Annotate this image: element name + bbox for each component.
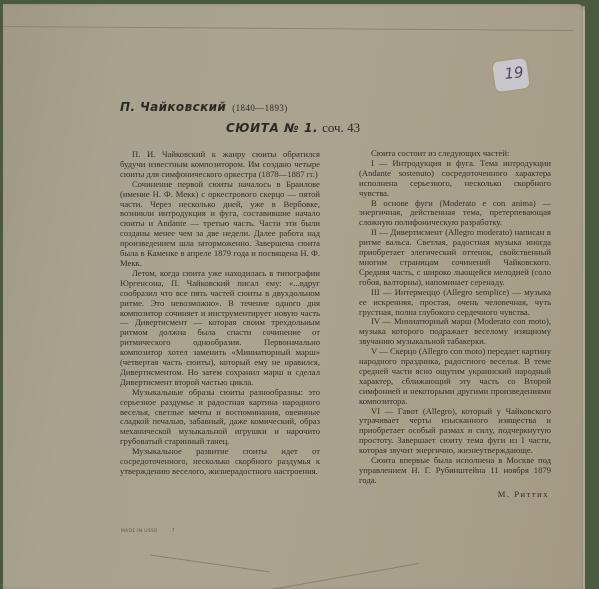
composer-name: П. Чайковский [120,100,226,114]
composer-heading: П. Чайковский(1840—1893) [120,100,288,114]
paragraph: II — Дивертисмент (Allegro moderato) нап… [359,228,551,287]
work-opus: соч. 43 [322,120,360,135]
paragraph: VI — Гавот (Allegro), который у Чайковск… [359,407,551,457]
paragraph: Сочинение первой сюиты началось в Браило… [120,180,320,269]
paragraph: П. И. Чайковский к жанру сюиты обратился… [120,150,320,180]
sleeve-edge [583,6,585,589]
paragraph: Летом, когда сюита уже находилась в типо… [120,269,320,388]
paragraph: Музыкальные образы сюиты разнообразны: э… [120,388,320,447]
paragraph: Музыкальное развитие сюиты идет от сосре… [120,447,320,477]
paragraph: III — Интермеццо (Allegro semplice) — му… [359,288,551,318]
sticker-number: 19 [500,63,528,84]
paragraph: IV — Миниатюрный марш (Moderato con moto… [359,317,551,347]
liner-notes-right-column: Сюита состоит из следующих частей: I — И… [359,149,551,500]
liner-notes-left-column: П. И. Чайковский к жанру сюиты обратился… [120,150,320,477]
paragraph: I — Интродукция и фуга. Тема интродукции… [359,159,551,199]
composer-years: (1840—1893) [232,103,287,113]
work-title: СЮИТА № 1.соч. 43 [226,120,360,136]
made-in-text: MADE IN USSR [121,529,158,534]
print-number: 7 [172,529,175,534]
author-signature: М. Риттих [359,490,551,500]
paragraph: Сюита впервые была исполнена в Москве по… [359,456,551,486]
paragraph: В основе фуги (Moderato e con anima) — э… [359,199,551,229]
made-in-label: MADE IN USSR7 [121,529,175,534]
work-name: СЮИТА № 1. [226,121,318,135]
paragraph: V — Скерцо (Allegro con moto) передает к… [359,347,551,406]
